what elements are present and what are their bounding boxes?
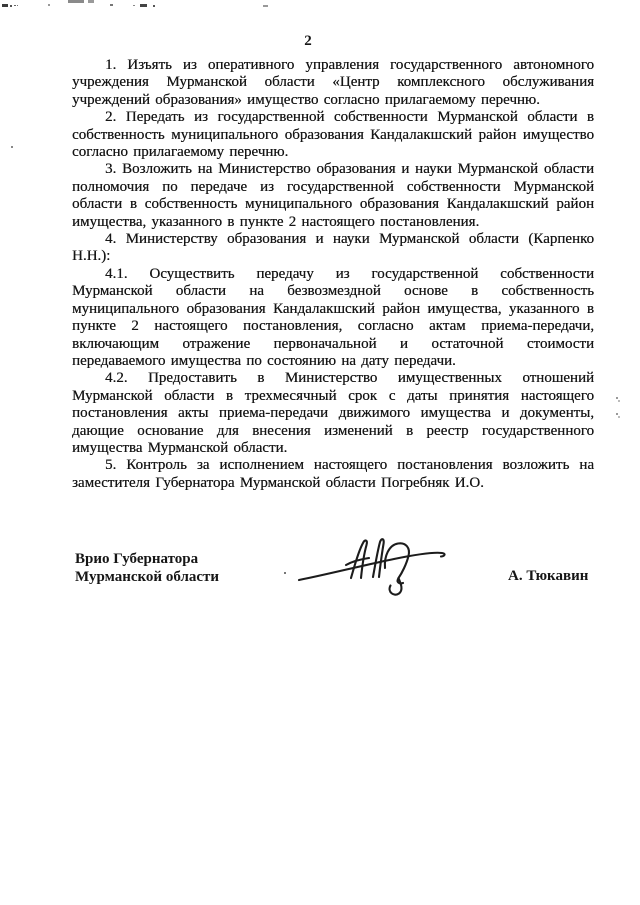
- scan-artifact: [133, 5, 135, 6]
- paragraph: 2. Передать из государственной собственн…: [72, 109, 594, 161]
- paragraph: 4. Министерству образования и науки Мурм…: [72, 231, 594, 266]
- paragraph: 1. Изъять из оперативного управления гос…: [72, 57, 594, 109]
- signatory-title: Врио Губернатора Мурманской области: [75, 551, 219, 586]
- scan-artifact: [68, 0, 84, 3]
- paragraph: 3. Возложить на Министерство образования…: [72, 161, 594, 231]
- paragraph: 4.1. Осуществить передачу из государстве…: [72, 266, 594, 370]
- scan-artifact: [618, 400, 620, 402]
- scan-artifact: [616, 397, 618, 399]
- scan-artifact: [88, 0, 94, 3]
- signatory-title-line2: Мурманской области: [75, 569, 219, 587]
- scan-artifact: [616, 413, 618, 415]
- signatory-name: А. Тюкавин: [508, 568, 588, 585]
- scan-artifact: [263, 5, 268, 7]
- scan-artifact: [10, 5, 12, 7]
- scan-artifact: [618, 416, 620, 418]
- scan-artifact: [11, 146, 13, 148]
- scan-artifact: [284, 572, 286, 574]
- document-page: 2 1. Изъять из оперативного управления г…: [0, 0, 640, 905]
- scan-artifact: [153, 5, 155, 7]
- document-body: 1. Изъять из оперативного управления гос…: [72, 57, 594, 492]
- handwritten-signature: [294, 532, 454, 598]
- scan-artifact: [14, 5, 16, 6]
- signatory-title-line1: Врио Губернатора: [75, 551, 219, 569]
- scan-artifact: [48, 4, 50, 6]
- scan-artifact: [17, 5, 18, 6]
- scan-artifact: [2, 4, 8, 7]
- scan-artifact: [140, 4, 147, 7]
- page-number: 2: [0, 33, 616, 50]
- paragraph: 5. Контроль за исполнением настоящего по…: [72, 457, 594, 492]
- paragraph: 4.2. Предоставить в Министерство имущест…: [72, 370, 594, 457]
- scan-artifact: [110, 4, 113, 6]
